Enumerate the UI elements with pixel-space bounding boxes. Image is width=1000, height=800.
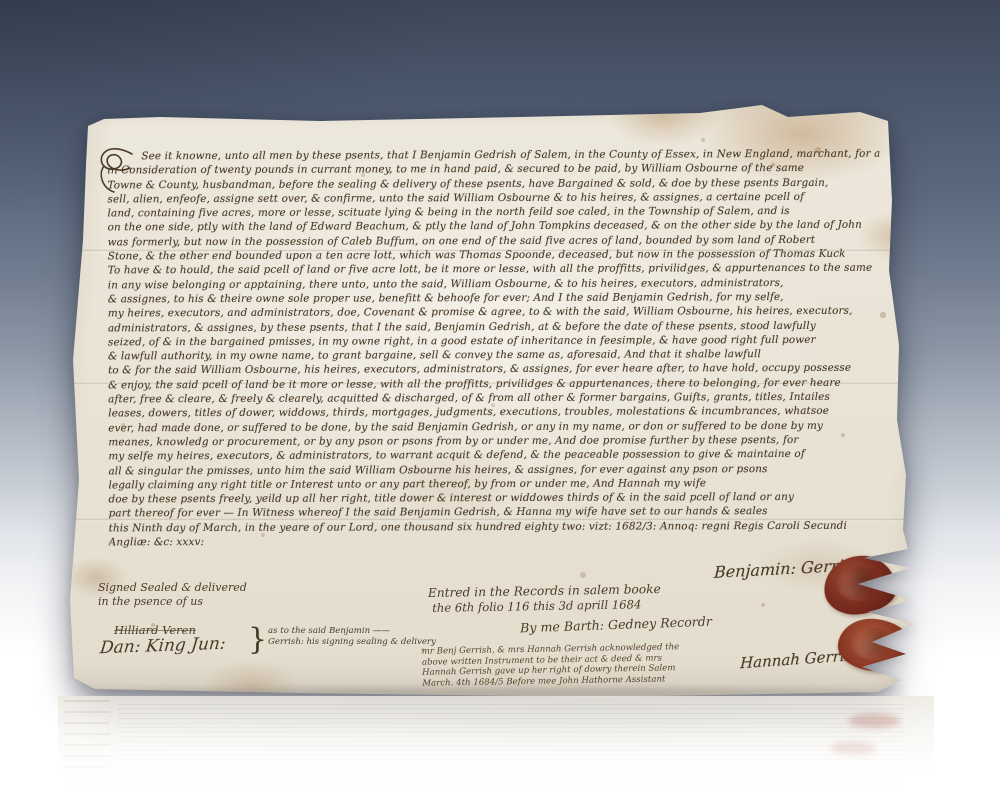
attestation-line: in the psence of us <box>98 595 247 609</box>
witness-signature-king: Dan: King Jun: <box>99 634 227 658</box>
reflected-wax-seal <box>848 714 900 729</box>
reflected-text-haze <box>118 704 904 794</box>
acknowledgment-block: mr Benj Gerrish, & mrs Hannah Gerrish ac… <box>422 641 733 688</box>
manuscript-line: Angliæ: &c: xxxv: <box>109 533 881 550</box>
manuscript-line: this Ninth day of March, in the yeare of… <box>109 518 881 535</box>
attestation-block: Signed Sealed & delivered in the psence … <box>98 581 247 609</box>
manuscript-line: seized, of & in the bargained pmisses, i… <box>108 333 880 350</box>
witness-brace: } <box>248 622 267 657</box>
reflected-paper-edges <box>64 700 110 800</box>
record-line: the 6th folio 116 this 3d aprill 1684 <box>432 597 661 616</box>
witness-note-line: as to the said Benjamin —— <box>268 626 488 637</box>
witness-note: as to the said Benjamin —— Gerrish: his … <box>268 626 488 648</box>
photo-backdrop: See it knowne, unto all men by these pse… <box>0 0 1000 800</box>
deed-body-text: See it knowne, unto all men by these pse… <box>107 147 880 550</box>
foxing-specks <box>62 104 64 106</box>
manuscript-document: See it knowne, unto all men by these pse… <box>62 104 922 704</box>
manuscript-paper: See it knowne, unto all men by these pse… <box>62 104 922 704</box>
reflected-wax-seal <box>830 742 876 755</box>
document-reflection <box>58 696 934 800</box>
attestation-line: Signed Sealed & delivered <box>98 581 247 595</box>
record-entry-block: Entred in the Records in salem booke the… <box>428 582 661 616</box>
manuscript-line: all & singular the pmisses, unto him the… <box>108 461 880 478</box>
recorder-byline: By me Barth: Gedney Recordr <box>520 614 712 636</box>
wax-seal-hannah-icon <box>836 616 913 673</box>
